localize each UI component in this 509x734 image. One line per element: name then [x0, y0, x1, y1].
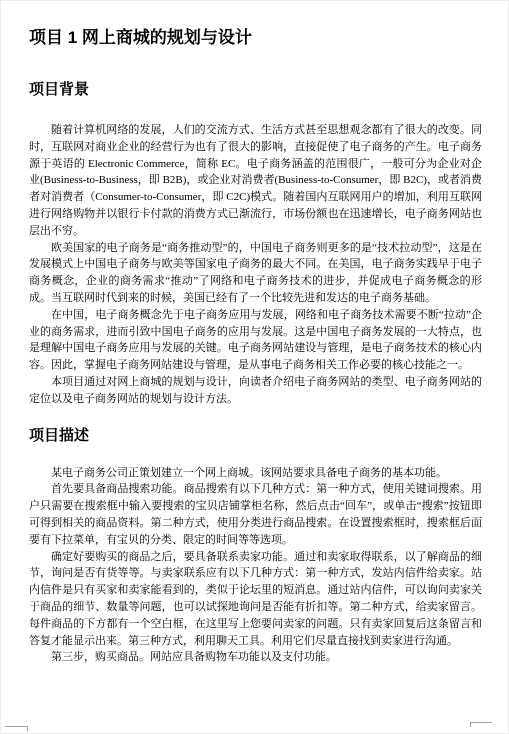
section-heading-project-description: 项目描述 [29, 426, 482, 445]
document-title: 项目 1 网上商城的规划与设计 [29, 27, 482, 49]
paragraph-purchase-step: 第三步，购买商品。网站应具备购物车功能以及支付功能。 [29, 649, 482, 666]
text-boundary-mark-bottom-right [470, 722, 492, 727]
paragraph-network-development: 随着计算机网络的发展，人们的交流方式、生活方式甚至思想观念都有了很大的改变。同时… [29, 122, 482, 240]
paragraph-contact-seller: 确定好要购买的商品之后，要具备联系卖家功能。通过和卖家取得联系，以了解商品的细节… [29, 549, 482, 650]
paragraph-search-function: 首先要具备商品搜索功能。商品搜索有以下几种方式：第一种方式，使用关键词搜索。用户… [29, 481, 482, 548]
text-boundary-mark-bottom-left [5, 726, 28, 731]
paragraph-business-driven-vs-tech-pulled: 欧美国家的电子商务是“商务推动型”的，中国电子商务则更多的是“技术拉动型”，这是… [29, 240, 482, 307]
paragraph-company-plan: 某电子商务公司正策划建立一个网上商城。该网站要求具备电子商务的基本功能。 [29, 465, 482, 482]
paragraph-project-intro: 本项目通过对网上商城的规划与设计，向读者介绍电子商务网站的类型、电子商务网站的定… [29, 374, 482, 408]
section-heading-project-background: 项目背景 [29, 80, 482, 99]
document-page: 项目 1 网上商城的规划与设计 项目背景 随着计算机网络的发展，人们的交流方式、… [0, 0, 509, 734]
paragraph-china-ecommerce: 在中国，电子商务概念先于电子商务应用与发展，网络和电子商务技术需要不断“拉动”企… [29, 307, 482, 374]
